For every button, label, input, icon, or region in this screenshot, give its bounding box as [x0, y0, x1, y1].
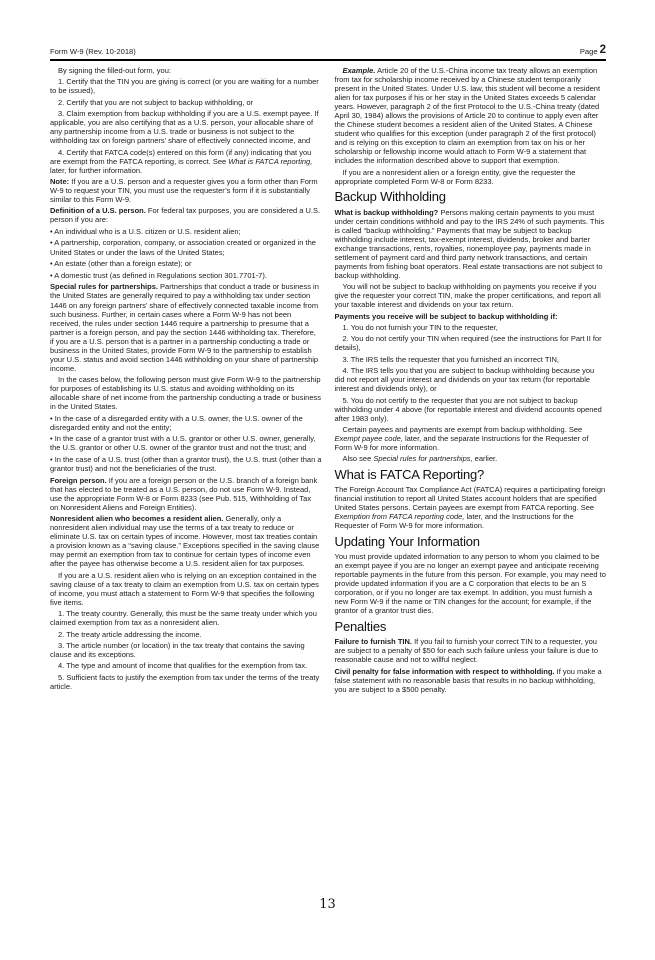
paragraph: Certain payees and payments are exempt f… [335, 425, 607, 452]
bullet-item: • In the case of a grantor trust with a … [50, 434, 322, 452]
two-column-body: By signing the filled-out form, you:1. C… [50, 66, 606, 696]
paragraph: 2. You do not certify your TIN when requ… [335, 334, 607, 352]
paragraph: Also see Special rules for partnerships,… [335, 454, 607, 463]
booklet-page-number: 13 [0, 897, 655, 912]
paragraph: 1. The treaty country. Generally, this m… [50, 609, 322, 627]
paragraph: Note: If you are a U.S. person and a req… [50, 177, 322, 204]
paragraph: 3. The IRS tells the requester that you … [335, 355, 607, 364]
paragraph: 4. The IRS tells you that you are subjec… [335, 366, 607, 393]
paragraph: 3. Claim exemption from backup withholdi… [50, 109, 322, 145]
paragraph: If you are a nonresident alien or a fore… [335, 168, 607, 186]
paragraph: Civil penalty for false information with… [335, 667, 607, 694]
paragraph: 1. You do not furnish your TIN to the re… [335, 323, 607, 332]
section-heading: What is FATCA Reporting? [335, 468, 607, 482]
paragraph: 5. You do not certify to the requester t… [335, 396, 607, 423]
paragraph: What is backup withholding? Persons maki… [335, 208, 607, 280]
bullet-item: • A domestic trust (as defined in Regula… [50, 271, 322, 280]
paragraph: Failure to furnish TIN. If you fail to f… [335, 637, 607, 664]
paragraph: 2. Certify that you are not subject to b… [50, 98, 322, 107]
left-column: By signing the filled-out form, you:1. C… [50, 66, 322, 696]
right-column: Example. Article 20 of the U.S.-China in… [335, 66, 607, 696]
paragraph: Special rules for partnerships. Partners… [50, 282, 322, 372]
bullet-item: • In the case of a U.S. trust (other tha… [50, 455, 322, 473]
paragraph: Payments you receive will be subject to … [335, 312, 607, 321]
paragraph: 1. Certify that the TIN you are giving i… [50, 77, 322, 95]
paragraph: In the cases below, the following person… [50, 375, 322, 411]
paragraph: 3. The article number (or location) in t… [50, 641, 322, 659]
paragraph: 5. Sufficient facts to justify the exemp… [50, 673, 322, 691]
paragraph: Example. Article 20 of the U.S.-China in… [335, 66, 607, 166]
bullet-item: • An estate (other than a foreign estate… [50, 259, 322, 268]
paragraph: You will not be subject to backup withho… [335, 282, 607, 309]
header-divider-rule [50, 59, 606, 62]
paragraph: You must provide updated information to … [335, 552, 607, 615]
paragraph: The Foreign Account Tax Compliance Act (… [335, 485, 607, 530]
section-heading: Updating Your Information [335, 535, 607, 549]
bullet-item: • A partnership, corporation, company, o… [50, 238, 322, 256]
paragraph: If you are a U.S. resident alien who is … [50, 571, 322, 607]
section-heading: Penalties [335, 620, 607, 634]
paragraph: Nonresident alien who becomes a resident… [50, 514, 322, 568]
paragraph: Definition of a U.S. person. For federal… [50, 206, 322, 224]
form-id-label: Form W-9 (Rev. 10-2018) [50, 47, 136, 56]
paragraph: 2. The treaty article addressing the inc… [50, 630, 322, 639]
bullet-item: • In the case of a disregarded entity wi… [50, 414, 322, 432]
paragraph: By signing the filled-out form, you: [50, 66, 322, 75]
paragraph: 4. Certify that FATCA code(s) entered on… [50, 148, 322, 175]
page-label: Page [580, 47, 598, 56]
paragraph: Foreign person. If you are a foreign per… [50, 476, 322, 512]
section-heading: Backup Withholding [335, 190, 607, 204]
document-page: { "page": { "header": { "form_id": "Form… [0, 0, 655, 960]
page-indicator: Page 2 [580, 45, 606, 56]
page-number: 2 [600, 45, 606, 56]
page-header: Form W-9 (Rev. 10-2018) Page 2 [50, 45, 606, 56]
bullet-item: • An individual who is a U.S. citizen or… [50, 227, 322, 236]
paragraph: 4. The type and amount of income that qu… [50, 661, 322, 670]
